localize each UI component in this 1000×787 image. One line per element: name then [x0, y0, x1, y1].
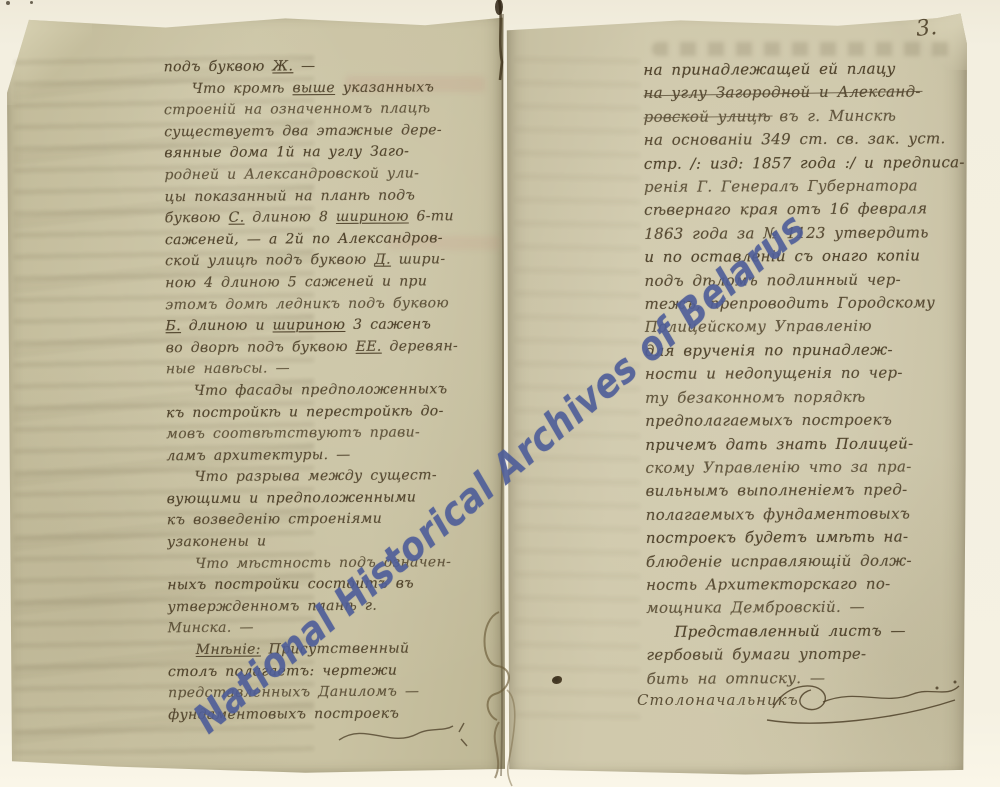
handwritten-line: вильнымъ выполненіемъ пред-	[646, 478, 971, 503]
handwritten-line: на основаніи 349 ст. св. зак. уст.	[644, 127, 969, 152]
handwritten-line: существуетъ два этажные дере-	[164, 120, 506, 144]
handwritten-line: буквою С. длиною 8 шириною 6-ти	[165, 206, 507, 230]
handwritten-line: родней и Александровской ули-	[164, 163, 506, 187]
dust-speck	[30, 1, 33, 4]
handwritten-line: Что фасады предположенныхъ	[166, 379, 508, 403]
handwritten-line: строеній на означенномъ плацѣ	[164, 98, 506, 122]
handwritten-line: Б. длиною и шириною 3 саженъ	[165, 314, 507, 338]
handwritten-line: ность Архитекторскаго по-	[646, 572, 971, 597]
handwritten-line: сѣвернаго края отъ 16 февраля	[644, 198, 969, 223]
handwritten-line: саженей, — а 2й по Александров-	[165, 228, 507, 252]
handwritten-line: гербовый бумаги употре-	[646, 642, 971, 667]
handwritten-line: предполагаемыхъ построекъ	[645, 408, 970, 433]
handwritten-line: къ постройкѣ и перестройкѣ до-	[166, 400, 508, 424]
handwritten-line: мощника Дембровскій. —	[646, 595, 971, 620]
handwritten-line: построекъ будетъ имѣть на-	[646, 525, 971, 550]
handwritten-line: полагаемыхъ фундаментовыхъ	[646, 502, 971, 527]
handwritten-line: мовъ соотвѣтствуютъ прави-	[166, 422, 508, 446]
handwritten-line: Что мѣстность подъ означен-	[167, 551, 509, 575]
handwritten-line: цы показанный на планѣ подъ	[165, 184, 507, 208]
handwritten-line: на углу Загородной и Александ-	[643, 81, 968, 106]
handwritten-line: ною 4 длиною 5 саженей и при	[165, 271, 507, 295]
handwritten-line: подъ буквою Ж. —	[164, 55, 506, 79]
handwritten-line: ской улицѣ подъ буквою Д. шири-	[165, 249, 507, 273]
handwritten-line: вянные дома 1й на углу Заго-	[164, 141, 506, 165]
handwritten-line: ности и недопущенія по чер-	[645, 361, 970, 386]
handwritten-line: этомъ домѣ ледникъ подъ буквою	[165, 292, 507, 316]
dust-speck	[6, 1, 10, 5]
handwritten-line: блюденіе исправляющій долж-	[646, 549, 971, 574]
handwritten-line: ламъ архитектуры. —	[166, 443, 508, 467]
handwritten-line: Что кромѣ выше указанныхъ	[164, 76, 506, 100]
handwritten-line: Мнѣніе: Присутственный	[168, 638, 510, 662]
archival-document-scan: подъ буквою Ж. —Что кромѣ выше указанных…	[0, 0, 1000, 787]
handwritten-line: причемъ дать знать Полицей-	[645, 432, 970, 457]
ghost-text-line	[652, 42, 952, 56]
page-number: 3.	[915, 15, 938, 42]
handwritten-line: во дворѣ подъ буквою ЕЕ. деревян-	[166, 336, 508, 360]
signature-flourish	[765, 676, 965, 728]
handwritten-line: скому Управленію что за пра-	[645, 455, 970, 480]
handwritten-line: Представленный листъ —	[646, 619, 971, 644]
handwritten-text-right: на принадлежащей ей плацуна углу Загород…	[643, 57, 971, 697]
handwritten-line: ные навѣсы. —	[166, 357, 508, 381]
handwritten-line: стр. /: изд: 1857 года :/ и предписа-	[644, 151, 969, 176]
handwritten-line: ровской улицѣ въ г. Минскѣ	[644, 104, 969, 129]
handwritten-line: на принадлежащей ей плацу	[643, 57, 968, 82]
handwritten-line: ренія Г. Генералъ Губернатора	[644, 174, 969, 199]
handwritten-line: ту безаконномъ порядкѣ	[645, 385, 970, 410]
closing-swash	[335, 712, 475, 757]
